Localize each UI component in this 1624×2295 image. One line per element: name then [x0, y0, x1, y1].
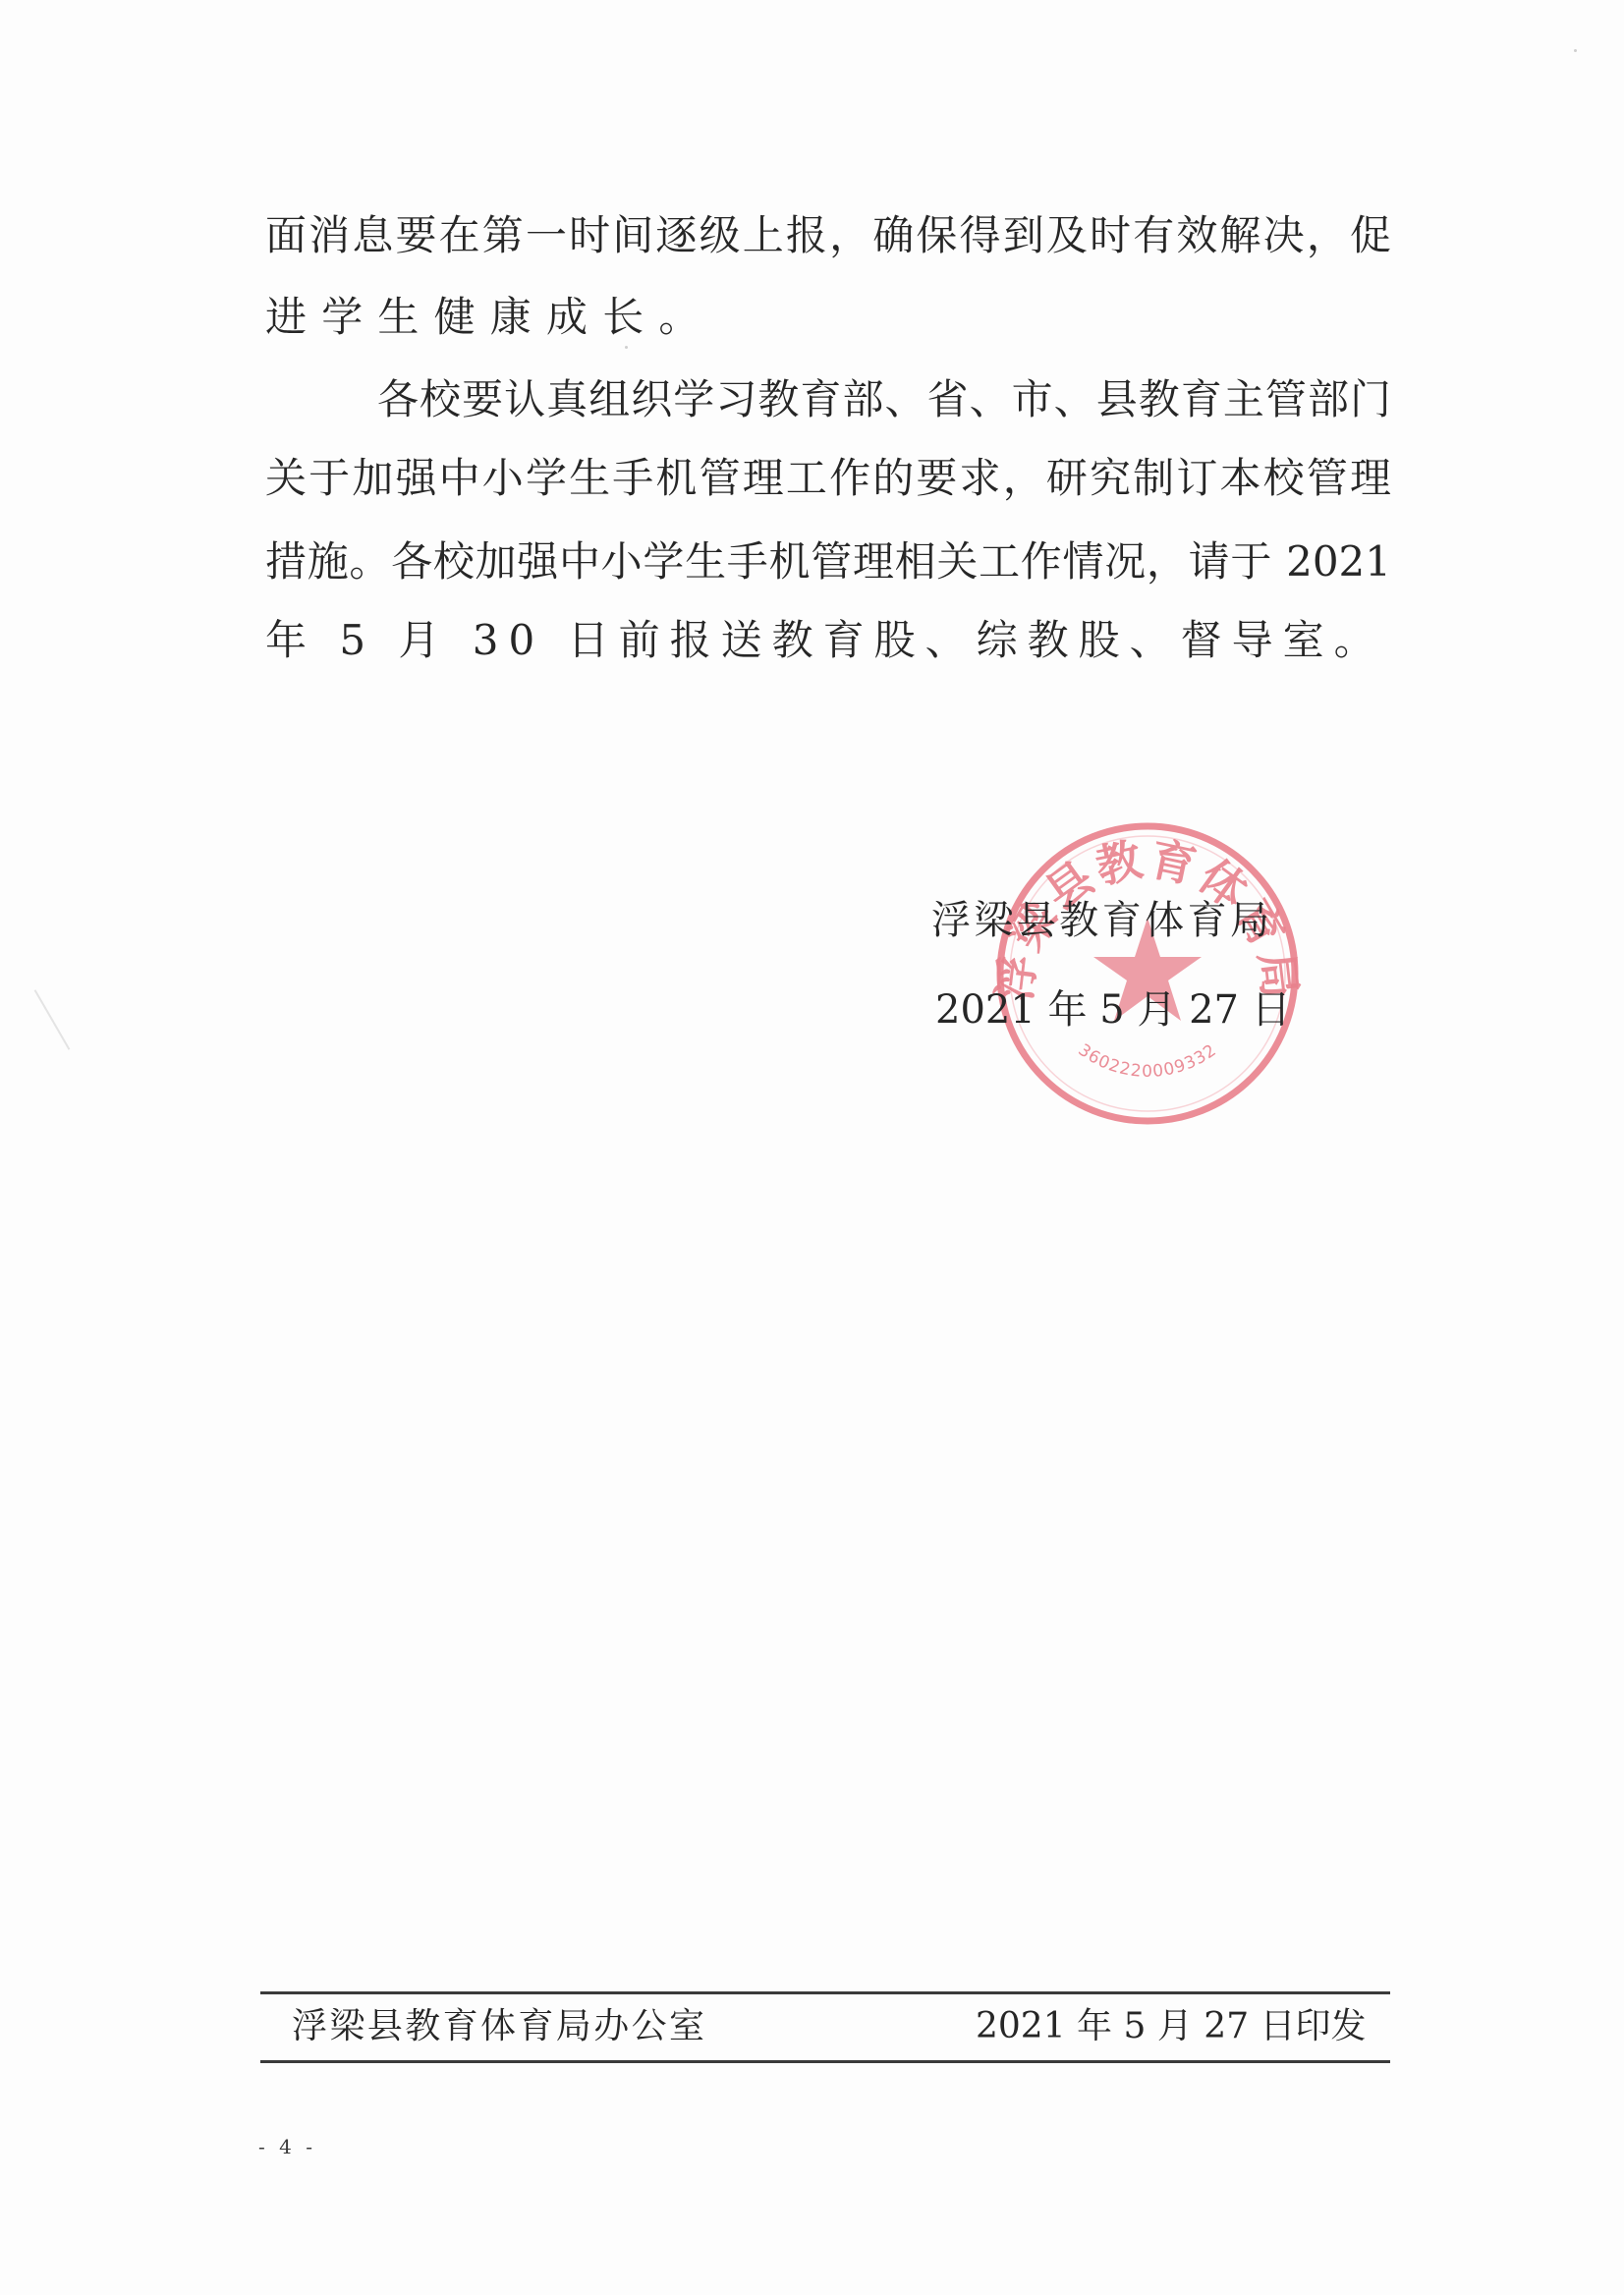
- footer-top-rule: [260, 1991, 1390, 1994]
- scan-artifact: [34, 989, 71, 1050]
- signature-issuer: 浮梁县教育体育局: [931, 897, 1269, 944]
- body-line-4: 关于加强中小学生手机管理工作的要求，研究制订本校管理: [265, 454, 1391, 503]
- footer-issued-date: 2021 年 5 月 27 日印发: [976, 2005, 1343, 2048]
- svg-text:3602220009332: 3602220009332: [1075, 1040, 1221, 1082]
- signature-date: 2021 年 5 月 27 日: [935, 986, 1261, 1034]
- body-line-5: 措施。各校加强中小学生手机管理相关工作情况，请于 2021: [265, 537, 1391, 587]
- scan-speck: [625, 346, 628, 349]
- body-line-6: 年 5 月 30 日前报送教育股、综教股、督导室。: [265, 616, 1395, 665]
- body-line-2: 进学生健康成长。: [265, 293, 1395, 342]
- scan-speck: [1574, 49, 1577, 52]
- document-page: 面消息要在第一时间逐级上报，确保得到及时有效解决，促 进学生健康成长。 各校要认…: [0, 0, 1624, 2295]
- body-line-3: 各校要认真组织学习教育部、省、市、县教育主管部门: [377, 375, 1391, 424]
- body-line-1: 面消息要在第一时间逐级上报，确保得到及时有效解决，促: [265, 211, 1391, 260]
- page-number: - 4 -: [258, 2134, 316, 2159]
- official-seal-stamp: 浮梁县教育体育局 3602220009332: [992, 821, 1303, 1126]
- footer-bottom-rule: [260, 2060, 1390, 2063]
- footer-office: 浮梁县教育体育局办公室: [292, 2005, 704, 2048]
